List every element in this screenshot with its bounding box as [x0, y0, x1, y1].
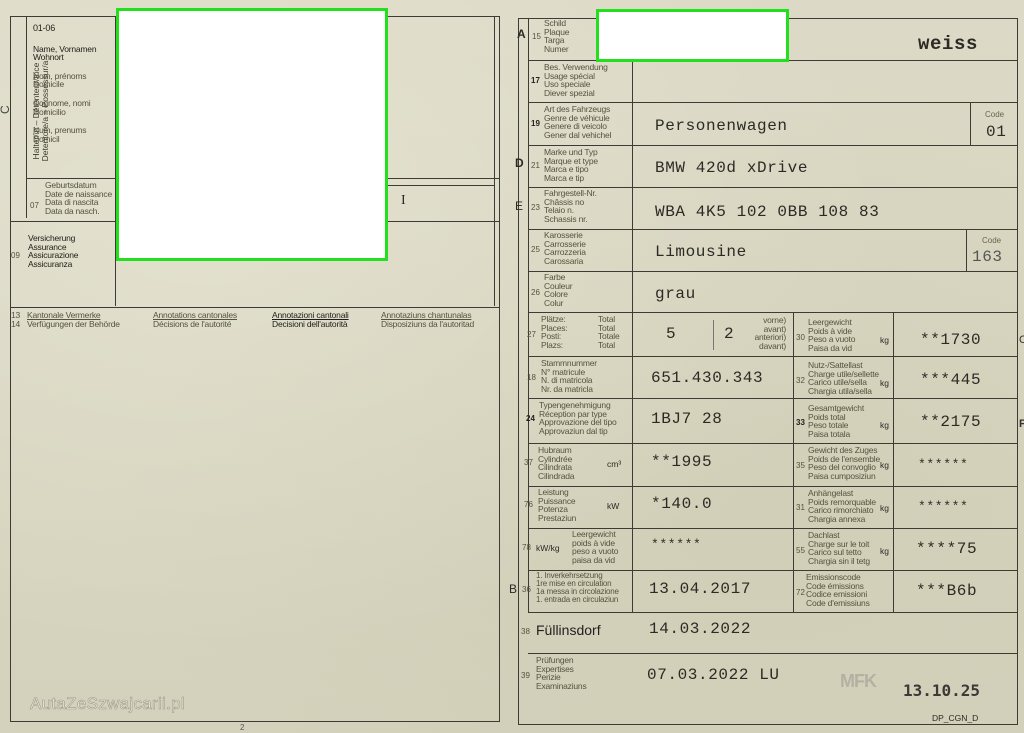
chassis-number: 23	[531, 203, 540, 212]
row-letter-d: D	[515, 156, 524, 170]
vehicle-type-number: 19	[531, 119, 540, 128]
payload-labels: Nutz-/Sattellast Charge utile/sellette C…	[808, 361, 879, 395]
train-weight-unit: kg	[880, 460, 889, 470]
inspections-number: 39	[521, 671, 530, 680]
power-value: *140.0	[651, 495, 712, 513]
power-weight-unit: kW/kg	[536, 543, 560, 553]
total-weight-labels: Gesamtgewicht Poids total Peso totale Pa…	[808, 404, 864, 438]
place-name: Füllinsdorf	[536, 622, 601, 638]
vehicle-type-code-label: Code	[985, 110, 1004, 119]
power-unit: kW	[607, 501, 619, 511]
train-weight-value: ******	[918, 457, 968, 472]
special-use-labels: Bes. Verwendung Usage spécial Uso specia…	[544, 63, 608, 97]
train-weight-number: 35	[796, 461, 805, 470]
color-labels: Farbe Couleur Colore Colur	[544, 273, 572, 307]
plate-labels: Schild Plaque Targa Numer	[544, 19, 569, 53]
edge-mark-c: C	[1019, 334, 1024, 346]
roof-load-value: ****75	[916, 540, 977, 558]
payload-value: ***445	[920, 371, 981, 389]
registry-value: 651.430.343	[651, 369, 763, 387]
type-approval-number: 24	[526, 414, 535, 423]
type-approval-labels: Typengenehmigung Réception par type Appr…	[539, 401, 617, 435]
first-registration-labels: 1. Inverkehrsetzung 1re mise en circulat…	[536, 572, 619, 604]
emission-labels: Emissionscode Code émissions Codice emis…	[806, 573, 870, 607]
inspection-stamp-text: MFK	[840, 671, 876, 692]
total-weight-unit: kg	[880, 420, 889, 430]
power-weight-labels: Leergewicht poids à vide peso a vuoto pa…	[572, 530, 618, 564]
empty-weight-labels: Leergewicht Poids à vide Peso a vuoto Pa…	[808, 318, 855, 352]
seats-number: 27	[527, 330, 536, 339]
plate-color-value: weiss	[918, 33, 978, 55]
place-date-value: 14.03.2022	[649, 620, 751, 638]
towing-unit: kg	[880, 503, 889, 513]
power-weight-value: ******	[651, 537, 701, 552]
chassis-labels: Fahrgestell-Nr. Châssis no Telaio n. Sch…	[544, 189, 597, 223]
body-code-label: Code	[982, 236, 1001, 245]
color-value: grau	[655, 285, 696, 303]
special-use-number: 17	[531, 76, 540, 85]
edge-mark-f: F	[1019, 418, 1024, 430]
seats-total-labels: Total Total Totale Total	[598, 315, 619, 349]
make-model-value: BMW 420d xDrive	[655, 159, 808, 177]
color-number: 26	[531, 288, 540, 297]
emission-number: 72	[796, 588, 805, 597]
seats-front-labels: vorne) avant) anteriori) davant)	[752, 316, 786, 350]
field-07-number: 07	[30, 195, 39, 213]
body-value: Limousine	[655, 243, 747, 261]
annotations-de: Kantonale Vermerke Verfügungen der Behör…	[27, 311, 120, 328]
train-weight-labels: Gewicht des Zuges Poids de l'ensemble Pe…	[808, 446, 880, 480]
empty-weight-unit: kg	[880, 335, 889, 345]
towing-value: ******	[918, 499, 968, 514]
displacement-unit: cm³	[607, 459, 621, 469]
place-number: 38	[521, 627, 530, 636]
power-number: 76	[524, 500, 533, 509]
field-07-labels: Geburtsdatum Date de naissance Data di n…	[45, 181, 112, 215]
plate-number: 15	[532, 32, 541, 41]
type-approval-value: 1BJ7 28	[651, 410, 722, 428]
empty-weight-value: **1730	[920, 331, 981, 349]
roof-load-unit: kg	[880, 546, 889, 556]
first-registration-number: 36	[522, 585, 531, 594]
total-weight-value: **2175	[920, 413, 981, 431]
form-code: DP_CGN_D	[932, 713, 978, 723]
seats-front-value: 2	[724, 325, 734, 343]
body-number: 25	[531, 245, 540, 254]
inspections-value: 07.03.2022 LU	[647, 666, 780, 684]
roof-load-number: 55	[796, 546, 805, 555]
seats-total-value: 5	[666, 325, 676, 343]
annotations-numbers: 13 14	[11, 311, 20, 328]
payload-unit: kg	[880, 378, 889, 388]
emission-value: ***B6b	[916, 582, 977, 600]
field-09-number: 09	[11, 245, 20, 263]
total-weight-number: 33	[796, 418, 805, 427]
first-registration-value: 13.04.2017	[649, 580, 751, 598]
row-letter-e: E	[515, 199, 523, 213]
body-labels: Karosserie Carrosserie Carrozzeria Caros…	[544, 231, 586, 265]
annotations-it: Annotazioni cantonali Decisioni dell'aut…	[272, 311, 349, 328]
vehicle-type-value: Personenwagen	[655, 117, 788, 135]
annotations-fr: Annotations cantonales Décisions de l'au…	[153, 311, 237, 328]
towing-labels: Anhängelast Poids remorquable Carico rim…	[808, 489, 876, 523]
row-letter-b: B	[509, 582, 517, 596]
make-model-labels: Marke und Typ Marque et type Marca e tip…	[544, 148, 598, 182]
redacted-holder-info	[116, 8, 388, 261]
side-letter-c: C	[0, 100, 12, 114]
chassis-value: WBA 4K5 102 0BB 108 83	[655, 203, 879, 221]
redacted-plate-number	[596, 9, 789, 62]
row-letter-a: A	[517, 27, 526, 41]
text-cursor: I	[401, 193, 406, 209]
power-labels: Leistung Puissance Potenza Prestaziun	[538, 488, 576, 522]
watermark: AutaZeSzwajcarii.pl	[30, 694, 185, 714]
inspections-labels: Prüfungen Expertises Perizie Examinaziun…	[536, 656, 587, 690]
empty-weight-number: 30	[796, 333, 805, 342]
registry-number: 18	[527, 373, 536, 382]
payload-number: 32	[796, 376, 805, 385]
make-model-number: 21	[531, 161, 540, 170]
field-09-labels: Versicherung Assurance Assicurazione Ass…	[28, 234, 78, 268]
displacement-labels: Hubraum Cylindrée Cilindrata Cilindrada	[538, 446, 574, 480]
vehicle-type-code: 01	[986, 123, 1006, 141]
page-number: 2	[240, 723, 244, 732]
field-01-06: 01-06 Name, Vornamen Wohnort Nom, prénom…	[33, 24, 96, 143]
displacement-value: **1995	[651, 453, 712, 471]
towing-number: 31	[796, 503, 805, 512]
seats-labels: Plätze: Places: Posti: Plazs:	[541, 315, 567, 349]
registry-labels: Stammnummer N° matricule N. di matricola…	[541, 359, 597, 393]
inspection-stamp-date: 13.10.25	[903, 681, 980, 700]
roof-load-labels: Dachlast Charge sur le toit Carico sul t…	[808, 531, 870, 565]
power-weight-number: 78	[522, 543, 531, 552]
vehicle-type-labels: Art des Fahrzeugs Genre de véhicule Gene…	[544, 105, 611, 139]
body-code: 163	[972, 248, 1003, 266]
displacement-number: 37	[524, 458, 533, 467]
annotations-rm: Annotaziuns chantunalas Disposiziuns da …	[381, 311, 474, 328]
